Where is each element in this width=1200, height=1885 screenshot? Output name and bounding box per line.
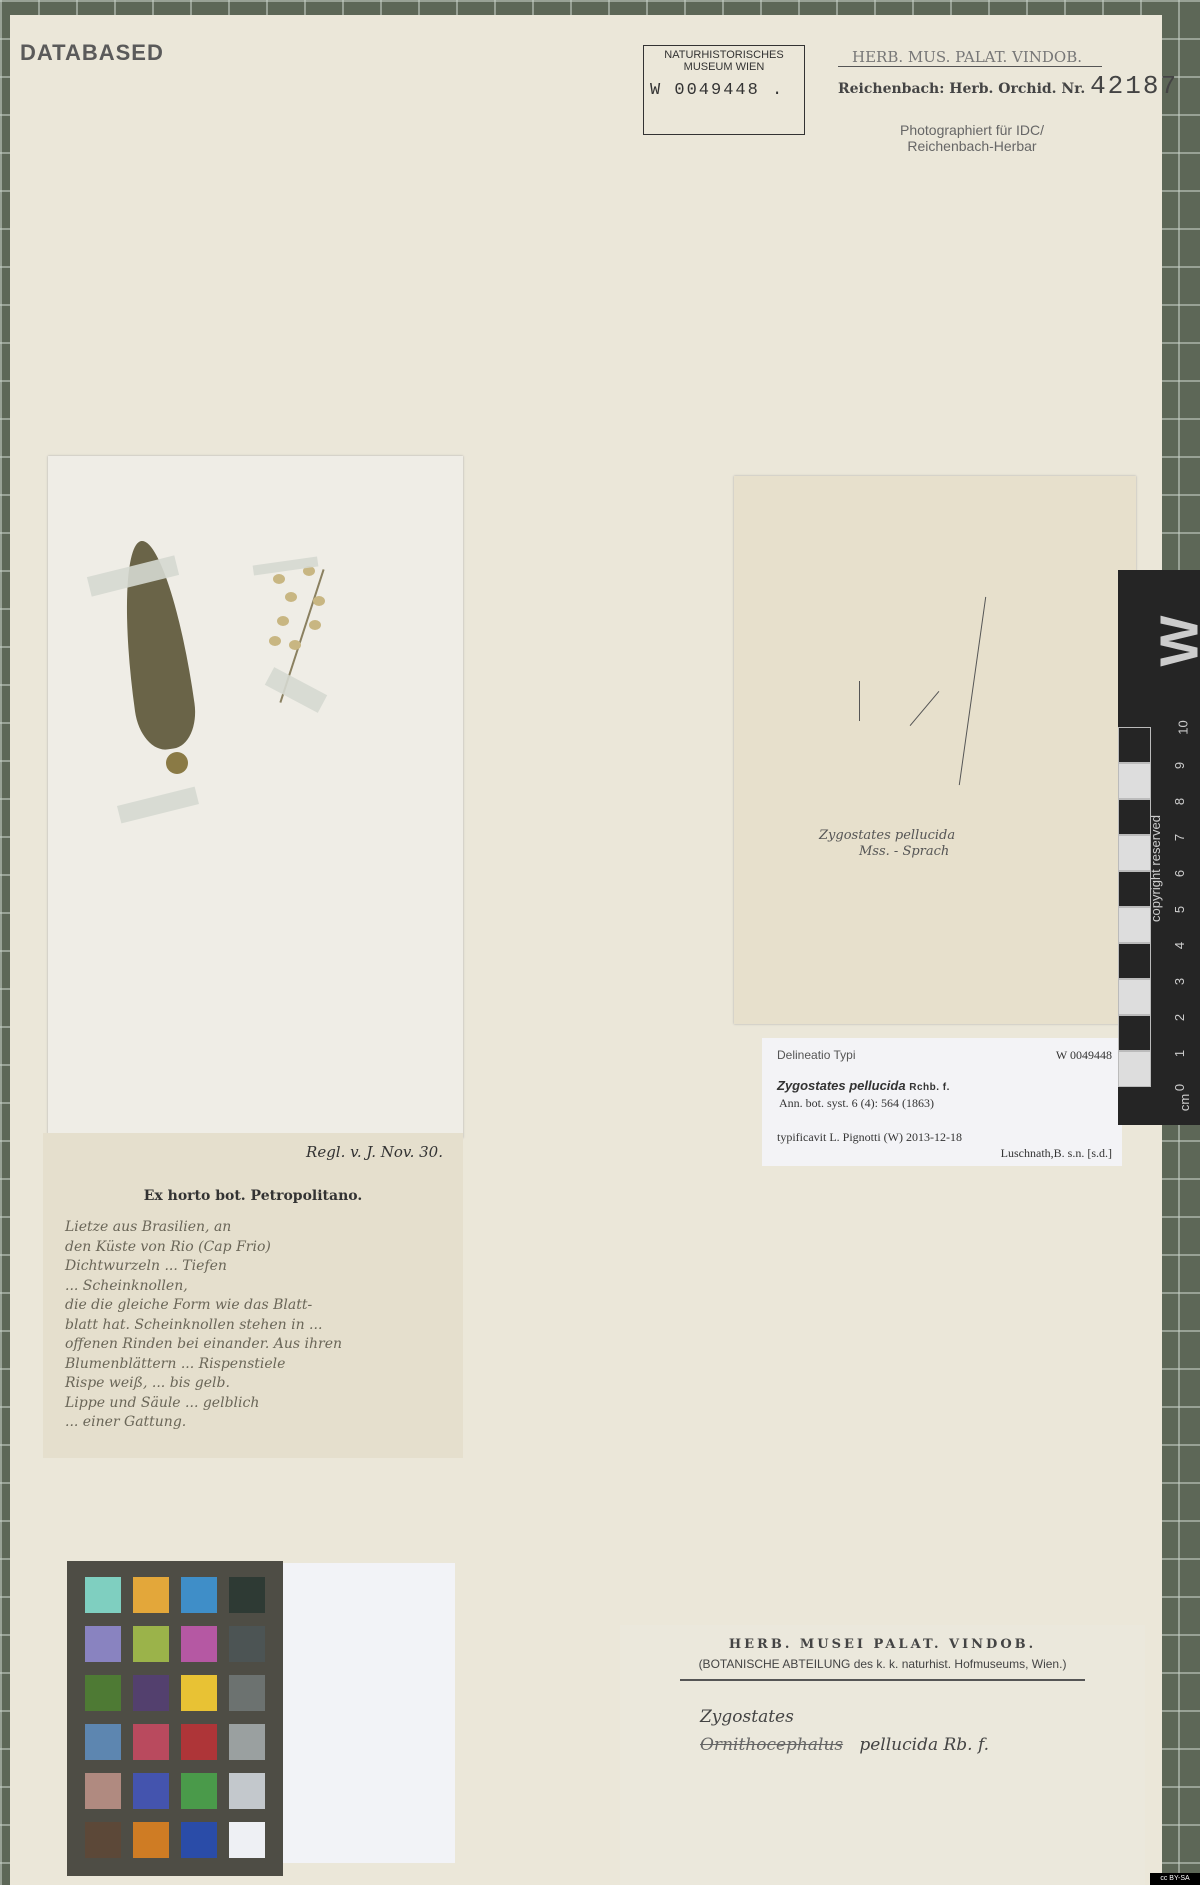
color-patch <box>85 1577 121 1613</box>
cm-ruler <box>1118 727 1153 1087</box>
color-patch <box>85 1724 121 1760</box>
sketch-stem <box>959 597 986 785</box>
divider <box>680 1679 1085 1681</box>
herbarium-number: 42187 <box>1090 71 1178 101</box>
color-patch <box>133 1773 169 1809</box>
color-patch <box>133 1577 169 1613</box>
herbarium-label: HERB. MUSEI PALAT. VINDOB. (BOTANISCHE A… <box>620 1625 1145 1885</box>
color-patch <box>229 1724 265 1760</box>
reichenbach-stamp: HERB. MUS. PALAT. VINDOB. Reichenbach: H… <box>838 48 1178 101</box>
sketch-detail <box>859 681 860 721</box>
color-patch <box>181 1626 217 1662</box>
color-patch <box>181 1773 217 1809</box>
sketch-annotation: Zygostates pellucida Mss. - Sprach <box>819 828 955 860</box>
databased-stamp: DATABASED <box>20 40 164 66</box>
photo-stamp: Photographiert für IDC/ Reichenbach-Herb… <box>900 122 1044 154</box>
w-logo: W <box>1148 616 1200 667</box>
color-patch <box>133 1822 169 1858</box>
color-patch <box>229 1773 265 1809</box>
color-patch <box>85 1626 121 1662</box>
color-patch <box>229 1675 265 1711</box>
color-patch <box>85 1822 121 1858</box>
tape-strip <box>117 787 199 824</box>
determination-label: Delineatio Typi W 0049448 Zygostates pel… <box>762 1038 1122 1166</box>
sketch-flower <box>910 691 940 726</box>
color-patch <box>229 1577 265 1613</box>
drawing-sheet: Zygostates pellucida Mss. - Sprach <box>734 476 1136 1024</box>
barcode-number: W 0049448 . <box>650 81 804 100</box>
color-patch <box>181 1577 217 1613</box>
white-reference-card <box>283 1563 455 1863</box>
color-patch <box>229 1822 265 1858</box>
color-patch <box>181 1675 217 1711</box>
institution-name: NATURHISTORISCHES MUSEUM WIEN <box>644 49 804 73</box>
color-patch <box>133 1724 169 1760</box>
scale-bar: W copyright reserved 10 9 8 7 6 5 4 3 2 … <box>1118 570 1200 1125</box>
barcode-stamp: NATURHISTORISCHES MUSEUM WIEN W 0049448 … <box>643 45 805 135</box>
handwritten-notes: Lietze aus Brasilien, an den Küste von R… <box>65 1218 453 1433</box>
taxon-name: Zygostates pellucida Rchb. f. <box>777 1078 950 1093</box>
color-patch <box>85 1773 121 1809</box>
pseudobulb <box>166 752 188 774</box>
color-chart <box>67 1561 283 1876</box>
color-patch <box>181 1724 217 1760</box>
origin-label: Regl. v. J. Nov. 30. Ex horto bot. Petro… <box>43 1133 463 1458</box>
license-badge: cc BY-SA <box>1150 1873 1200 1885</box>
color-patch <box>133 1675 169 1711</box>
color-patch <box>229 1626 265 1662</box>
color-patch <box>85 1675 121 1711</box>
color-patch <box>133 1626 169 1662</box>
color-patch <box>181 1822 217 1858</box>
specimen-sheet <box>48 456 463 1138</box>
